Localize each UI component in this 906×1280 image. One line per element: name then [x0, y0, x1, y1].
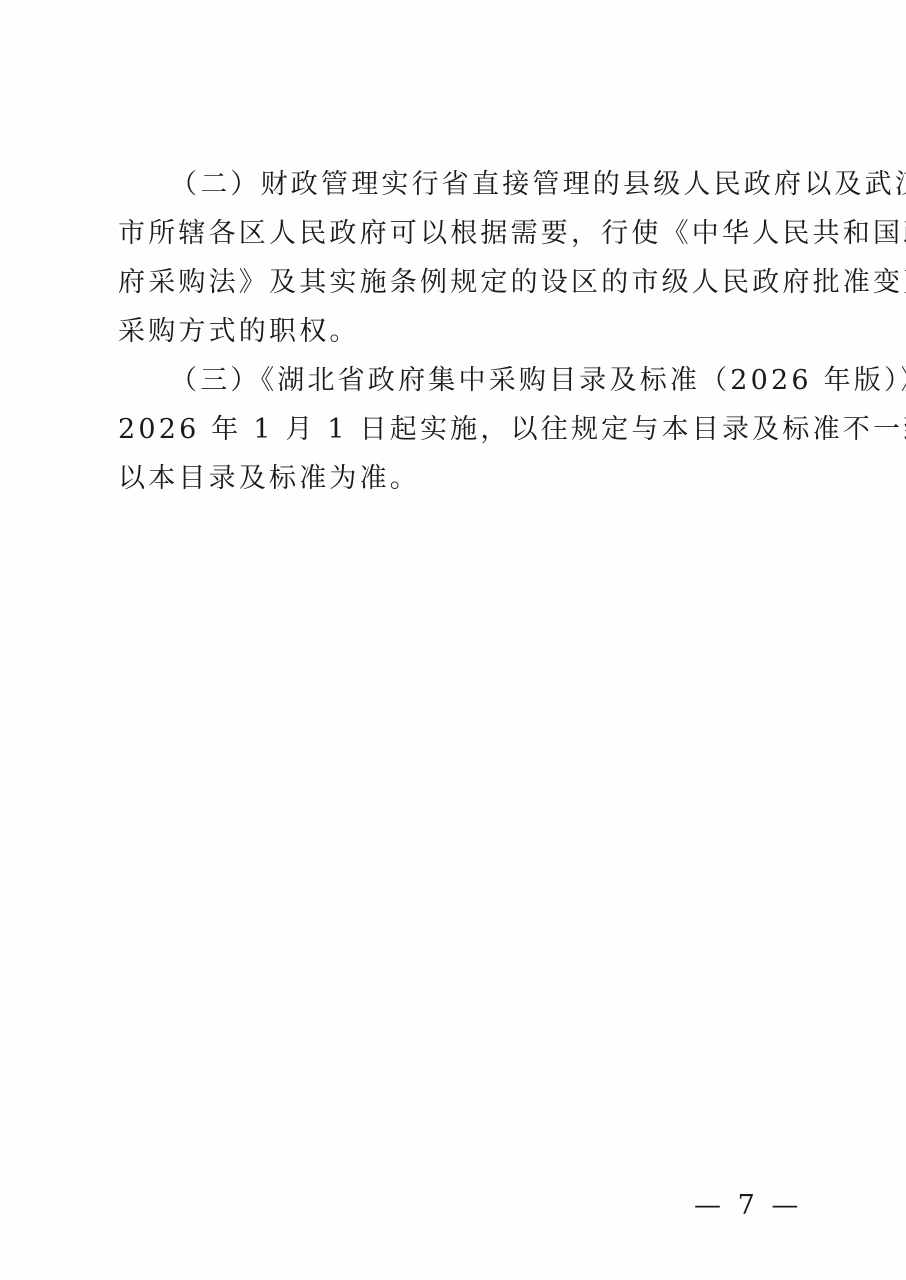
paragraph-3-line-1: （三）《湖北省政府集中采购目录及标准（2026 年版）》自	[170, 366, 830, 396]
paragraph-2-line-3: 府采购法》及其实施条例规定的设区的市级人民政府批准变更	[118, 268, 778, 298]
paragraph-3-line-3: 以本目录及标准为准。	[118, 464, 778, 494]
paragraph-2-line-4: 采购方式的职权。	[118, 317, 778, 347]
paragraph-3-line-2: 2026 年 1 月 1 日起实施，以往规定与本目录及标准不一致的，	[118, 415, 778, 445]
paragraph-2-line-2: 市所辖各区人民政府可以根据需要，行使《中华人民共和国政	[118, 219, 778, 249]
document-page: （二）财政管理实行省直接管理的县级人民政府以及武汉 市所辖各区人民政府可以根据需…	[0, 0, 906, 1280]
page-number: — 7 —	[694, 1190, 802, 1221]
paragraph-2-line-1: （二）财政管理实行省直接管理的县级人民政府以及武汉	[170, 170, 830, 200]
